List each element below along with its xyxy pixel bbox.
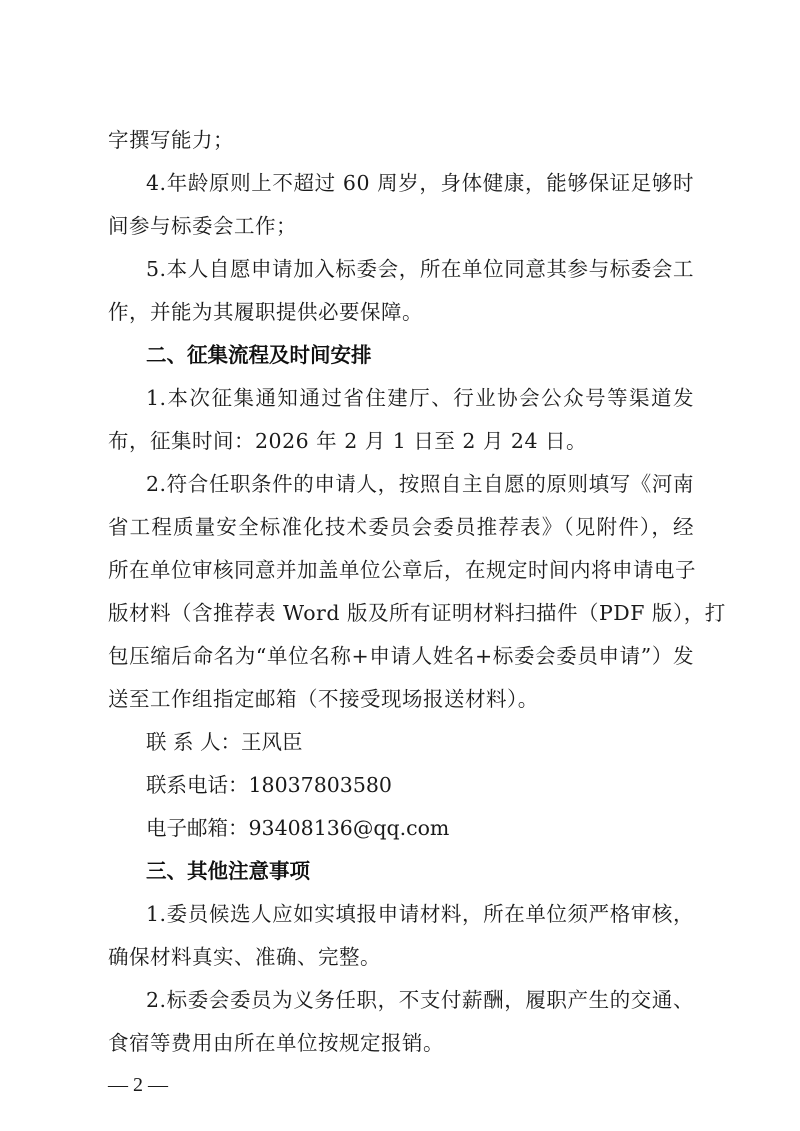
contact-email: 电子邮箱：93408136@qq.com — [146, 814, 449, 842]
paragraph-line: 1.委员候选人应如实填报申请材料，所在单位须严格审核， — [146, 900, 694, 928]
paragraph-line: 所在单位审核同意并加盖单位公章后，在规定时间内将申请电子 — [108, 556, 694, 584]
paragraph-line: 版材料（含推荐表 Word 版及所有证明材料扫描件（PDF 版），打 — [108, 599, 694, 627]
paragraph-line: 省工程质量安全标准化技术委员会委员推荐表》（见附件），经 — [108, 513, 694, 541]
paragraph-line: 作，并能为其履职提供必要保障。 — [108, 298, 694, 326]
paragraph-line: 布，征集时间：2026 年 2 月 1 日至 2 月 24 日。 — [108, 427, 694, 455]
contact-person: 联 系 人：王风臣 — [146, 728, 303, 756]
paragraph-line: 2.标委会委员为义务任职，不支付薪酬，履职产生的交通、 — [146, 986, 694, 1014]
contact-phone: 联系电话：18037803580 — [146, 771, 392, 799]
paragraph-line: 4.年龄原则上不超过 60 周岁，身体健康，能够保证足够时 — [146, 169, 694, 197]
paragraph-line: 确保材料真实、准确、完整。 — [108, 943, 694, 971]
paragraph-line: 包压缩后命名为“单位名称+申请人姓名+标委会委员申请”）发 — [108, 642, 694, 670]
paragraph-line: 2.符合任职条件的申请人，按照自主自愿的原则填写《河南 — [146, 470, 694, 498]
paragraph-line: 5.本人自愿申请加入标委会，所在单位同意其参与标委会工 — [146, 255, 694, 283]
paragraph-line: 字撰写能力； — [108, 126, 694, 154]
paragraph-line: 送至工作组指定邮箱（不接受现场报送材料）。 — [108, 685, 694, 713]
page-number: — 2 — — [108, 1072, 168, 1098]
paragraph-line: 1.本次征集通知通过省住建厅、行业协会公众号等渠道发 — [146, 384, 694, 412]
section-heading-2: 二、征集流程及时间安排 — [146, 341, 372, 369]
paragraph-line: 食宿等费用由所在单位按规定报销。 — [108, 1029, 694, 1057]
section-heading-3: 三、其他注意事项 — [146, 857, 310, 885]
document-page: 字撰写能力； 4.年龄原则上不超过 60 周岁，身体健康，能够保证足够时 间参与… — [0, 0, 800, 1131]
paragraph-line: 间参与标委会工作； — [108, 212, 694, 240]
